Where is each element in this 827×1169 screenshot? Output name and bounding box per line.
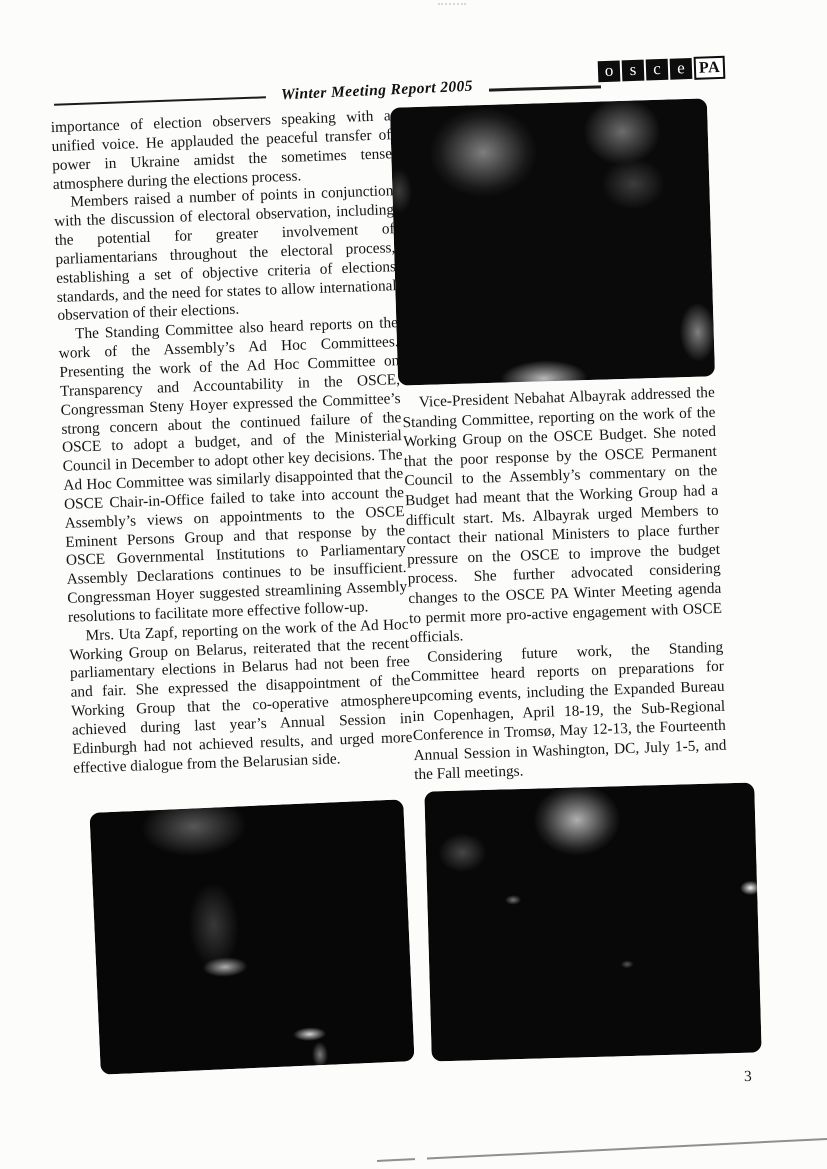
paragraph: Mrs. Uta Zapf, reporting on the work of … — [68, 616, 413, 779]
page-number: 3 — [744, 1068, 752, 1086]
header-rule-left — [54, 96, 266, 105]
logo-letter-s: s — [622, 60, 645, 82]
logo-letter-c: c — [646, 59, 669, 81]
paragraph: Members raised a number of points in con… — [53, 183, 397, 327]
paragraph: importance of election observers speakin… — [51, 107, 393, 194]
meeting-photo-top — [390, 98, 715, 385]
left-column: importance of election observers speakin… — [51, 107, 414, 778]
paragraph: Considering future work, the Standing Co… — [410, 637, 727, 784]
scanned-page: Winter Meeting Report 2005 o s c e PA im… — [0, 0, 827, 1169]
paragraph: Vice-President Nebahat Albayrak addresse… — [402, 383, 723, 648]
meeting-photo-bottom-right — [424, 782, 761, 1061]
scan-edge-line — [377, 1138, 827, 1162]
paragraph: The Standing Committee also heard report… — [58, 314, 408, 627]
logo-pa-box: PA — [694, 56, 726, 80]
page-title: Winter Meeting Report 2005 — [281, 78, 474, 105]
header-rule-right — [489, 85, 601, 91]
scan-artifact-top — [438, 3, 466, 6]
osce-pa-logo: o s c e PA — [598, 56, 726, 83]
right-column: Vice-President Nebahat Albayrak addresse… — [402, 383, 728, 785]
meeting-photo-bottom-left — [89, 799, 414, 1074]
logo-letter-e: e — [670, 58, 693, 80]
logo-letter-o: o — [598, 60, 621, 82]
